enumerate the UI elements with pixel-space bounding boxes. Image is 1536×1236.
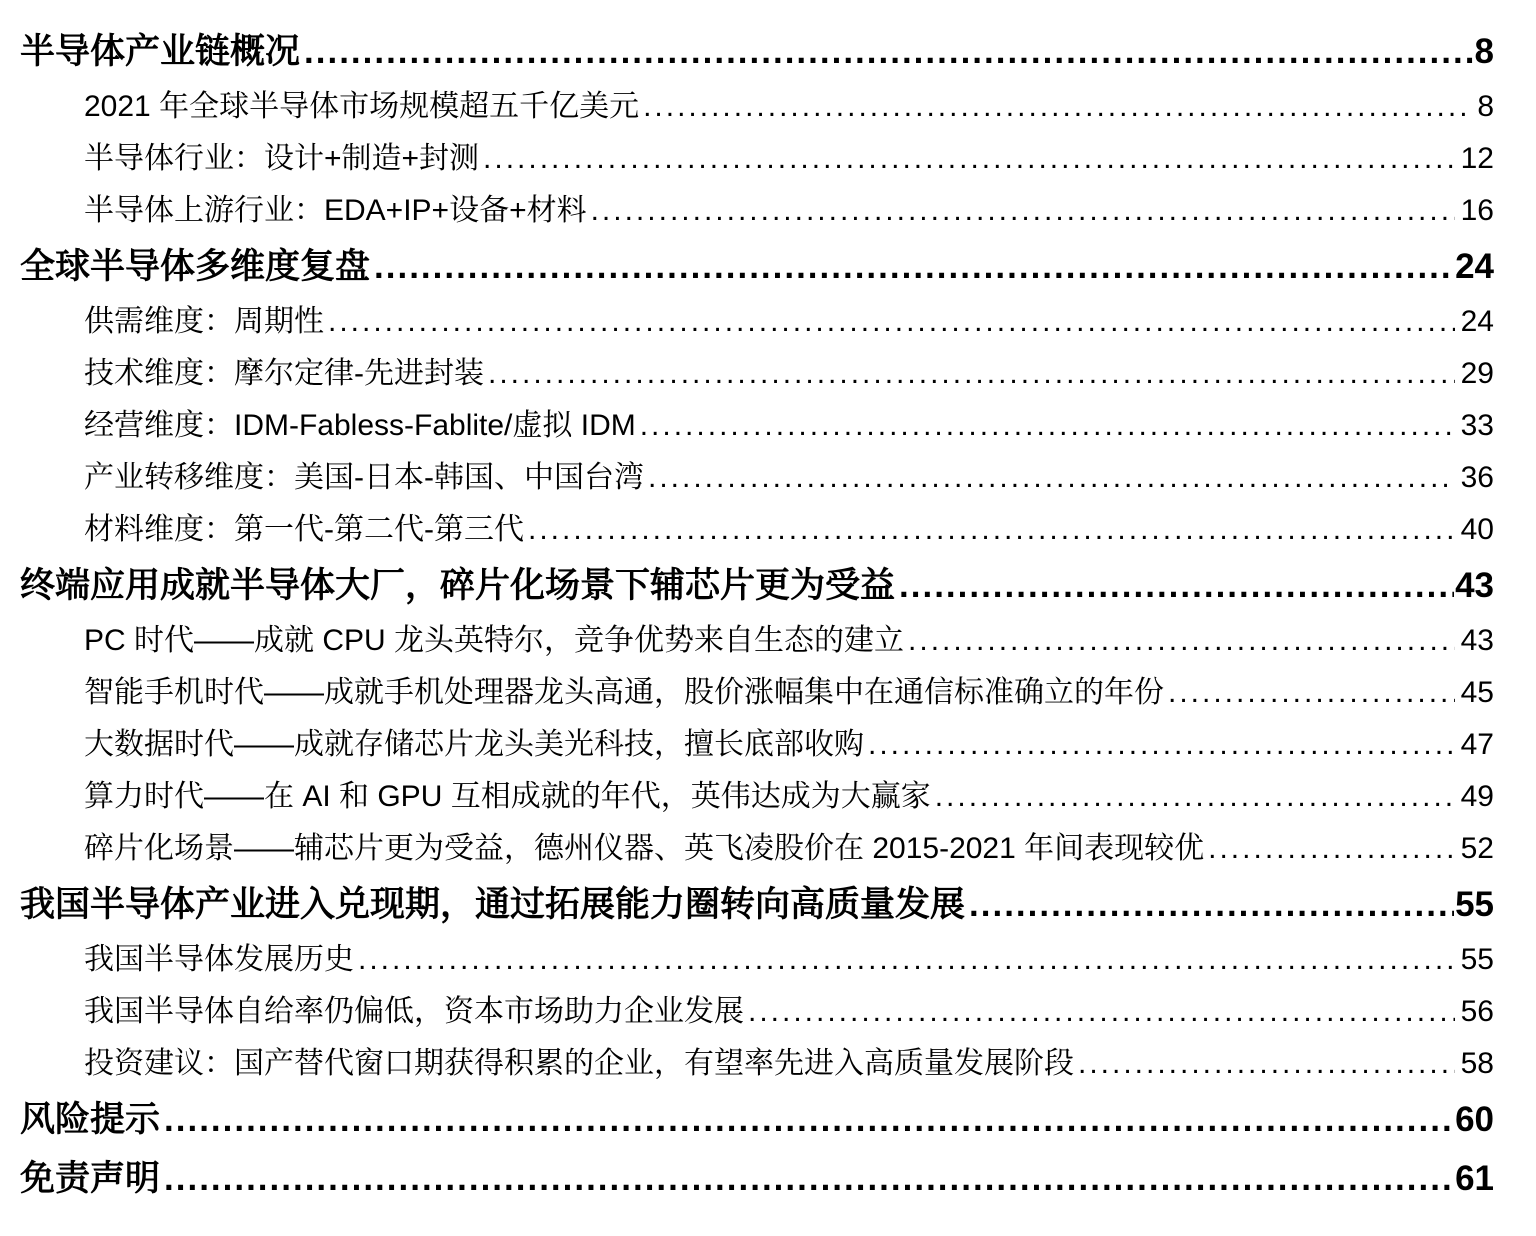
toc-page-number: 8 — [1475, 22, 1494, 81]
toc-entry-label: 智能手机时代——成就手机处理器龙头高通，股价涨幅集中在通信标准确立的年份 — [84, 667, 1164, 719]
toc-entry-label: 半导体上游行业：EDA+IP+设备+材料 — [84, 185, 587, 237]
toc-dot-leader — [1078, 1038, 1455, 1090]
toc-entry-label: 经营维度：IDM-Fabless-Fablite/虚拟 IDM — [84, 400, 636, 452]
toc-dot-leader — [328, 296, 1455, 348]
toc-page-number: 36 — [1461, 452, 1494, 504]
toc-page-number: 29 — [1461, 348, 1494, 400]
toc-entry[interactable]: 半导体行业：设计+制造+封测 12 — [20, 133, 1494, 185]
table-of-contents: 半导体产业链概况 8 2021 年全球半导体市场规模超五千亿美元 8 半导体行业… — [20, 22, 1494, 1208]
toc-dot-leader — [748, 986, 1455, 1038]
toc-entry[interactable]: 投资建议：国产替代窗口期获得积累的企业，有望率先进入高质量发展阶段 58 — [20, 1038, 1494, 1090]
toc-page: 半导体产业链概况 8 2021 年全球半导体市场规模超五千亿美元 8 半导体行业… — [0, 0, 1536, 1236]
toc-entry[interactable]: 供需维度：周期性 24 — [20, 296, 1494, 348]
toc-entry[interactable]: 产业转移维度：美国-日本-韩国、中国台湾 36 — [20, 452, 1494, 504]
toc-page-number: 12 — [1461, 133, 1494, 185]
toc-entry[interactable]: PC 时代——成就 CPU 龙头英特尔，竞争优势来自生态的建立 43 — [20, 615, 1494, 667]
toc-entry-label: 大数据时代——成就存储芯片龙头美光科技，擅长底部收购 — [84, 719, 864, 771]
toc-entry-label: 我国半导体发展历史 — [84, 934, 354, 986]
toc-dot-leader — [643, 81, 1471, 133]
toc-dot-leader — [483, 133, 1455, 185]
toc-dot-leader — [640, 400, 1455, 452]
toc-page-number: 47 — [1461, 719, 1494, 771]
toc-entry-label: 2021 年全球半导体市场规模超五千亿美元 — [84, 81, 639, 133]
toc-entry-label: 材料维度：第一代-第二代-第三代 — [84, 504, 524, 556]
toc-entry-label: 算力时代——在 AI 和 GPU 互相成就的年代，英伟达成为大赢家 — [84, 771, 931, 823]
toc-entry[interactable]: 风险提示 60 — [20, 1090, 1494, 1149]
toc-page-number: 49 — [1461, 771, 1494, 823]
toc-entry-label: 我国半导体自给率仍偏低，资本市场助力企业发展 — [84, 986, 744, 1038]
toc-page-number: 45 — [1461, 667, 1494, 719]
toc-page-number: 24 — [1455, 237, 1494, 296]
toc-page-number: 60 — [1455, 1090, 1494, 1149]
toc-entry[interactable]: 材料维度：第一代-第二代-第三代 40 — [20, 504, 1494, 556]
toc-dot-leader — [591, 185, 1455, 237]
toc-page-number: 58 — [1461, 1038, 1494, 1090]
toc-entry-label: 终端应用成就半导体大厂，碎片化场景下辅芯片更为受益 — [20, 556, 895, 615]
toc-entry[interactable]: 2021 年全球半导体市场规模超五千亿美元 8 — [20, 81, 1494, 133]
toc-dot-leader — [1168, 667, 1455, 719]
toc-page-number: 43 — [1455, 556, 1494, 615]
toc-page-number: 52 — [1461, 823, 1494, 875]
toc-entry[interactable]: 碎片化场景——辅芯片更为受益，德州仪器、英飞凌股价在 2015-2021 年间表… — [20, 823, 1494, 875]
toc-entry-label: 产业转移维度：美国-日本-韩国、中国台湾 — [84, 452, 644, 504]
toc-page-number: 55 — [1461, 934, 1494, 986]
toc-page-number: 33 — [1461, 400, 1494, 452]
toc-dot-leader — [1208, 823, 1454, 875]
toc-page-number: 56 — [1461, 986, 1494, 1038]
toc-dot-leader — [908, 615, 1455, 667]
toc-entry[interactable]: 我国半导体产业进入兑现期，通过拓展能力圈转向高质量发展 55 — [20, 875, 1494, 934]
toc-dot-leader — [528, 504, 1455, 556]
toc-entry-label: 半导体行业：设计+制造+封测 — [84, 133, 479, 185]
toc-entry-label: 技术维度：摩尔定律-先进封装 — [84, 348, 484, 400]
toc-entry[interactable]: 我国半导体自给率仍偏低，资本市场助力企业发展 56 — [20, 986, 1494, 1038]
toc-page-number: 8 — [1477, 81, 1494, 133]
toc-entry[interactable]: 技术维度：摩尔定律-先进封装 29 — [20, 348, 1494, 400]
toc-entry-label: 全球半导体多维度复盘 — [20, 237, 370, 296]
toc-dot-leader — [868, 719, 1455, 771]
toc-dot-leader — [488, 348, 1455, 400]
toc-entry-label: 碎片化场景——辅芯片更为受益，德州仪器、英飞凌股价在 2015-2021 年间表… — [84, 823, 1204, 875]
toc-dot-leader — [304, 22, 1474, 81]
toc-dot-leader — [374, 237, 1454, 296]
toc-page-number: 16 — [1461, 185, 1494, 237]
toc-entry[interactable]: 全球半导体多维度复盘 24 — [20, 237, 1494, 296]
toc-page-number: 40 — [1461, 504, 1494, 556]
toc-dot-leader — [358, 934, 1455, 986]
toc-entry-label: 我国半导体产业进入兑现期，通过拓展能力圈转向高质量发展 — [20, 875, 965, 934]
toc-dot-leader — [899, 556, 1454, 615]
toc-entry[interactable]: 半导体产业链概况 8 — [20, 22, 1494, 81]
toc-entry-label: 半导体产业链概况 — [20, 22, 300, 81]
toc-page-number: 24 — [1461, 296, 1494, 348]
toc-entry-label: 免责声明 — [20, 1149, 160, 1208]
toc-entry[interactable]: 免责声明 61 — [20, 1149, 1494, 1208]
toc-dot-leader — [648, 452, 1455, 504]
toc-dot-leader — [969, 875, 1454, 934]
toc-entry[interactable]: 经营维度：IDM-Fabless-Fablite/虚拟 IDM 33 — [20, 400, 1494, 452]
toc-entry[interactable]: 我国半导体发展历史 55 — [20, 934, 1494, 986]
toc-entry[interactable]: 智能手机时代——成就手机处理器龙头高通，股价涨幅集中在通信标准确立的年份 45 — [20, 667, 1494, 719]
toc-entry[interactable]: 大数据时代——成就存储芯片龙头美光科技，擅长底部收购 47 — [20, 719, 1494, 771]
toc-entry-label: 风险提示 — [20, 1090, 160, 1149]
toc-page-number: 55 — [1455, 875, 1494, 934]
toc-dot-leader — [164, 1149, 1454, 1208]
toc-entry-label: PC 时代——成就 CPU 龙头英特尔，竞争优势来自生态的建立 — [84, 615, 904, 667]
toc-entry[interactable]: 半导体上游行业：EDA+IP+设备+材料 16 — [20, 185, 1494, 237]
toc-page-number: 43 — [1461, 615, 1494, 667]
toc-page-number: 61 — [1455, 1149, 1494, 1208]
toc-entry[interactable]: 算力时代——在 AI 和 GPU 互相成就的年代，英伟达成为大赢家 49 — [20, 771, 1494, 823]
toc-entry-label: 供需维度：周期性 — [84, 296, 324, 348]
toc-entry[interactable]: 终端应用成就半导体大厂，碎片化场景下辅芯片更为受益 43 — [20, 556, 1494, 615]
toc-entry-label: 投资建议：国产替代窗口期获得积累的企业，有望率先进入高质量发展阶段 — [84, 1038, 1074, 1090]
toc-dot-leader — [935, 771, 1455, 823]
toc-dot-leader — [164, 1090, 1454, 1149]
